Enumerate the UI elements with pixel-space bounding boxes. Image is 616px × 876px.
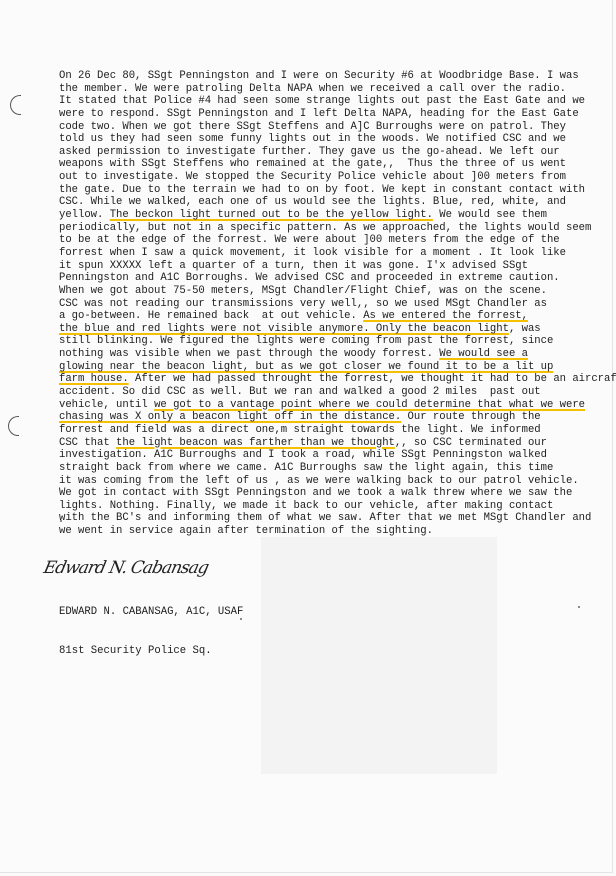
statement-line: Penningston and A1C Borroughs. We advise… <box>59 272 616 285</box>
statement-line: When we got about 75-50 meters, MSgt Cha… <box>59 285 616 298</box>
line-text: with the BC's and informing them of what… <box>59 512 591 524</box>
line-text: investigation. A1C Burroughs and I took … <box>59 449 547 461</box>
signer-unit: 81st Security Police Sq. <box>59 645 243 658</box>
line-text: it spun XXXXX left a quarter of a turn, … <box>59 260 528 272</box>
statement-line: forrest when I saw a quick movement, it … <box>59 247 616 260</box>
line-text: to be at the edge of the forrest. We wer… <box>59 234 560 246</box>
statement-line: chasing was X only a beacon light off in… <box>59 411 616 424</box>
hole-punch-mark <box>10 95 21 115</box>
line-text: vehicle, until <box>59 399 154 411</box>
statement-line: We got in contact with SSgt Penningston … <box>59 487 616 500</box>
highlighted-passage: the light beacon was farther than we tho… <box>116 437 395 449</box>
line-text: the gate. Due to the terrain we had to o… <box>59 184 585 196</box>
blank-redacted-area <box>261 537 497 774</box>
statement-line: it was coming from the left of us , as w… <box>59 475 616 488</box>
statement-line: we went in service again after terminati… <box>59 525 616 538</box>
signature-block: Edward N. Cabansag EDWARD N. CABANSAG, A… <box>44 558 208 578</box>
line-text: On 26 Dec 80, SSgt Penningston and I wer… <box>59 70 579 82</box>
statement-line: the blue and red lights were not visible… <box>59 323 616 336</box>
statement-line: farm house. After we had passed throught… <box>59 373 616 386</box>
line-text: forrest and field was a direct one,m str… <box>59 424 541 436</box>
statement-line: glowing near the beacon light, but as we… <box>59 361 616 374</box>
line-text: yellow. <box>59 209 110 221</box>
statement-line: CSC was not reading our transmissions ve… <box>59 298 616 311</box>
scan-speck <box>60 520 62 522</box>
statement-line: CSC that the light beacon was farther th… <box>59 437 616 450</box>
scan-speck <box>578 606 580 608</box>
line-text: We got in contact with SSgt Penningston … <box>59 487 572 499</box>
statement-line: vehicle, until we got to a vantage point… <box>59 399 616 412</box>
highlighted-passage: farm house. <box>59 373 129 385</box>
line-text: forrest when I saw a quick movement, it … <box>59 247 566 259</box>
highlighted-passage: As we entered the forrest, <box>363 310 528 322</box>
line-text: periodically, but not in a specific patt… <box>59 222 591 234</box>
handwritten-signature: Edward N. Cabansag <box>42 558 210 578</box>
statement-line: to be at the edge of the forrest. We wer… <box>59 234 616 247</box>
statement-line: accident. So did CSC as well. But we ran… <box>59 386 616 399</box>
highlighted-passage: The beckon light turned out to be the ye… <box>110 209 433 221</box>
statement-body: On 26 Dec 80, SSgt Penningston and I wer… <box>59 70 616 538</box>
line-text: CSC that <box>59 437 116 449</box>
highlighted-passage: the blue and red lights were not visible… <box>59 323 509 335</box>
statement-line: the member. We were patroling Delta NAPA… <box>59 83 616 96</box>
statement-line: asked permission to investigate further.… <box>59 146 616 159</box>
line-text: nothing was visible when we past through… <box>59 348 439 360</box>
statement-line: lights. Nothing. Finally, we made it bac… <box>59 500 616 513</box>
line-text: straight back from where we came. A1C Bu… <box>59 462 553 474</box>
line-text: Penningston and A1C Borroughs. We advise… <box>59 272 560 284</box>
statement-line: were to respond. SSgt Penningston and I … <box>59 108 616 121</box>
statement-line: a go-between. He remained back at out ve… <box>59 310 616 323</box>
statement-line: periodically, but not in a specific patt… <box>59 222 616 235</box>
statement-line: On 26 Dec 80, SSgt Penningston and I wer… <box>59 70 616 83</box>
statement-line: told us they had seen some funny lights … <box>59 133 616 146</box>
line-text: told us they had seen some funny lights … <box>59 133 566 145</box>
line-text: CSC. While we walked, each one of us wou… <box>59 196 566 208</box>
scan-speck <box>240 618 242 620</box>
statement-line: It stated that Police #4 had seen some s… <box>59 95 616 108</box>
statement-line: the gate. Due to the terrain we had to o… <box>59 184 616 197</box>
statement-line: straight back from where we came. A1C Bu… <box>59 462 616 475</box>
statement-line: investigation. A1C Burroughs and I took … <box>59 449 616 462</box>
line-text: accident. So did CSC as well. But we ran… <box>59 386 541 398</box>
line-text: code two. When we got there SSgt Steffen… <box>59 121 566 133</box>
highlighted-passage: chasing was X only a beacon light off in… <box>59 411 401 423</box>
statement-line: with the BC's and informing them of what… <box>59 512 616 525</box>
line-text: weapons with SSgt Steffens who remained … <box>59 158 566 170</box>
highlighted-passage: glowing near the beacon light, but as we… <box>59 361 553 373</box>
statement-line: code two. When we got there SSgt Steffen… <box>59 121 616 134</box>
line-text: When we got about 75-50 meters, MSgt Cha… <box>59 285 547 297</box>
statement-line: out to investigate. We stopped the Secur… <box>59 171 616 184</box>
line-text: were to respond. SSgt Penningston and I … <box>59 108 579 120</box>
line-text: , was <box>509 323 541 335</box>
line-text: We would see them <box>433 209 547 221</box>
statement-line: it spun XXXXX left a quarter of a turn, … <box>59 260 616 273</box>
line-text: still blinking. We figured the lights we… <box>59 335 553 347</box>
line-text: out to investigate. We stopped the Secur… <box>59 171 566 183</box>
line-text: CSC was not reading our transmissions ve… <box>59 298 547 310</box>
line-text: It stated that Police #4 had seen some s… <box>59 95 585 107</box>
statement-line: CSC. While we walked, each one of us wou… <box>59 196 616 209</box>
statement-line: still blinking. We figured the lights we… <box>59 335 616 348</box>
line-text: the member. We were patroling Delta NAPA… <box>59 83 566 95</box>
line-text: we went in service again after terminati… <box>59 525 433 537</box>
line-text: it was coming from the left of us , as w… <box>59 475 579 487</box>
statement-line: weapons with SSgt Steffens who remained … <box>59 158 616 171</box>
highlighted-passage: we got to a vantage point where we could… <box>154 399 585 411</box>
highlighted-passage: We would see a <box>439 348 528 360</box>
line-text: Our route through the <box>401 411 540 423</box>
hole-punch-mark <box>8 416 19 436</box>
statement-line: nothing was visible when we past through… <box>59 348 616 361</box>
line-text: lights. Nothing. Finally, we made it bac… <box>59 500 553 512</box>
line-text: After we had passed throught the forrest… <box>129 373 616 385</box>
statement-line: forrest and field was a direct one,m str… <box>59 424 616 437</box>
line-text: asked permission to investigate further.… <box>59 146 560 158</box>
line-text: a go-between. He remained back at out ve… <box>59 310 363 322</box>
statement-line: yellow. The beckon light turned out to b… <box>59 209 616 222</box>
signer-name: EDWARD N. CABANSAG, A1C, USAF <box>59 606 243 619</box>
line-text: ,, so CSC terminated our <box>395 437 547 449</box>
document-page: On 26 Dec 80, SSgt Penningston and I wer… <box>0 0 613 873</box>
